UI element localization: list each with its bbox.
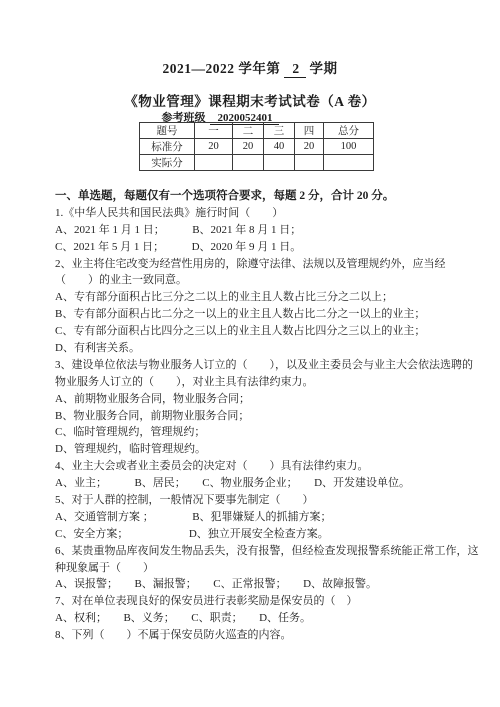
exam-text-line: 3、建设单位依法与物业服务人订立的（ ），以及业主委员会与业主大会依法选聘的 xyxy=(55,357,460,374)
score-table-cell: 一 xyxy=(195,123,233,139)
exam-text-line: 6、某贵重物品库夜间发生物品丢失，没有报警，但经检查发现报警系统能正常工作，这 xyxy=(55,543,460,560)
exam-text-line: 4、业主大会或者业主委员会的决定对（ ）具有法律约束力。 xyxy=(55,458,460,475)
score-table-cell: 标准分 xyxy=(140,139,195,155)
score-table-cell: 四 xyxy=(295,123,324,139)
exam-text-line: B、物业服务合同，前期物业服务合同； xyxy=(55,408,460,425)
exam-text-line: D、有利害关系。 xyxy=(55,340,460,357)
exam-text-line: A、专有部分面积占比三分之二以上的业主且人数占比三分之二以上； xyxy=(55,289,460,306)
score-table-cell xyxy=(195,155,233,171)
exam-paper-page: 2021—2022 学年第2 学期 《物业管理》课程期末考试试卷（A 卷） 参考… xyxy=(0,0,500,707)
score-table-cell xyxy=(264,155,295,171)
title-semester-post: 学期 xyxy=(310,61,338,76)
exam-text-line: C、临时管理规约，管理规约； xyxy=(55,424,460,441)
score-table-cell: 总分 xyxy=(324,123,374,139)
exam-text-line: 1.《中华人民共和国民法典》施行时间（ ） xyxy=(55,205,460,222)
exam-text-line: C、2021 年 5 月 1 日； D、2020 年 9 月 1 日。 xyxy=(55,239,460,256)
question-list: 一、单选题，每题仅有一个选项符合要求，每题 2 分，合计 20 分。 1.《中华… xyxy=(55,188,460,644)
score-table-cell: 20 xyxy=(295,139,324,155)
exam-text-line: 2、业主将住宅改变为经营性用房的，除遵守法律、法规以及管理规约外，应当经 xyxy=(55,256,460,273)
exam-text-line: A、业主； B、居民； C、物业服务企业； D、开发建设单位。 xyxy=(55,475,460,492)
exam-text-line: B、专有部分面积占比二分之一以上的业主且人数占比二分之一以上的业主； xyxy=(55,306,460,323)
exam-text-line: 7、对在单位表现良好的保安员进行表彰奖励是保安员的（ ） xyxy=(55,593,460,610)
title-semester-pre: 2021—2022 学年第 xyxy=(163,61,281,76)
score-table-cell: 三 xyxy=(264,123,295,139)
score-table-cell: 20 xyxy=(233,139,264,155)
exam-text-line: 5、对于人群的控制，一般情况下要事先制定（ ） xyxy=(55,492,460,509)
score-table-header-row: 题号 一 二 三 四 总分 xyxy=(140,123,374,139)
score-table: 题号 一 二 三 四 总分 标准分 20 20 40 20 100 实际分 xyxy=(139,122,374,171)
score-table-standard-row: 标准分 20 20 40 20 100 xyxy=(140,139,374,155)
score-table-cell xyxy=(233,155,264,171)
score-table-actual-row: 实际分 xyxy=(140,155,374,171)
score-table-cell: 二 xyxy=(233,123,264,139)
score-table-cell: 实际分 xyxy=(140,155,195,171)
exam-text-line: A、误报警； B、漏报警； C、正常报警； D、故障报警。 xyxy=(55,576,460,593)
exam-text-line: C、专有部分面积占比四分之三以上的业主且人数占比四分之三以上的业主； xyxy=(55,323,460,340)
section-heading: 一、单选题，每题仅有一个选项符合要求，每题 2 分，合计 20 分。 xyxy=(55,188,460,205)
exam-text-line: A、2021 年 1 月 1 日； B、2021 年 8 月 1 日； xyxy=(55,222,460,239)
exam-title-semester: 2021—2022 学年第2 学期 xyxy=(0,57,500,78)
exam-text-line: 物业服务人订立的（ ），对业主具有法律约束力。 xyxy=(55,374,460,391)
exam-text-line: C、安全方案； D、独立开展安全检查方案。 xyxy=(55,526,460,543)
exam-text-line: D、管理规约，临时管理规约。 xyxy=(55,441,460,458)
title-semester-number-underlined: 2 xyxy=(284,61,305,78)
score-table-cell: 题号 xyxy=(140,123,195,139)
score-table-cell: 20 xyxy=(195,139,233,155)
score-table-cell: 100 xyxy=(324,139,374,155)
exam-text-line: A、交通管制方案 ； B、犯罪嫌疑人的抓捕方案； xyxy=(55,509,460,526)
exam-text-line: A、权利； B、义务； C、职责； D、任务。 xyxy=(55,610,460,627)
score-table-cell xyxy=(324,155,374,171)
exam-text-line: 种现象属于（ ） xyxy=(55,560,460,577)
exam-title-course: 《物业管理》课程期末考试试卷（A 卷） xyxy=(0,90,500,110)
score-table-cell: 40 xyxy=(264,139,295,155)
exam-text-line: 8、下列（ ）不属于保安员防火巡查的内容。 xyxy=(55,627,460,644)
exam-text-line: A、前期物业服务合同，物业服务合同； xyxy=(55,391,460,408)
score-table-cell xyxy=(295,155,324,171)
exam-text-line: （ ）的业主一致同意。 xyxy=(55,272,460,289)
